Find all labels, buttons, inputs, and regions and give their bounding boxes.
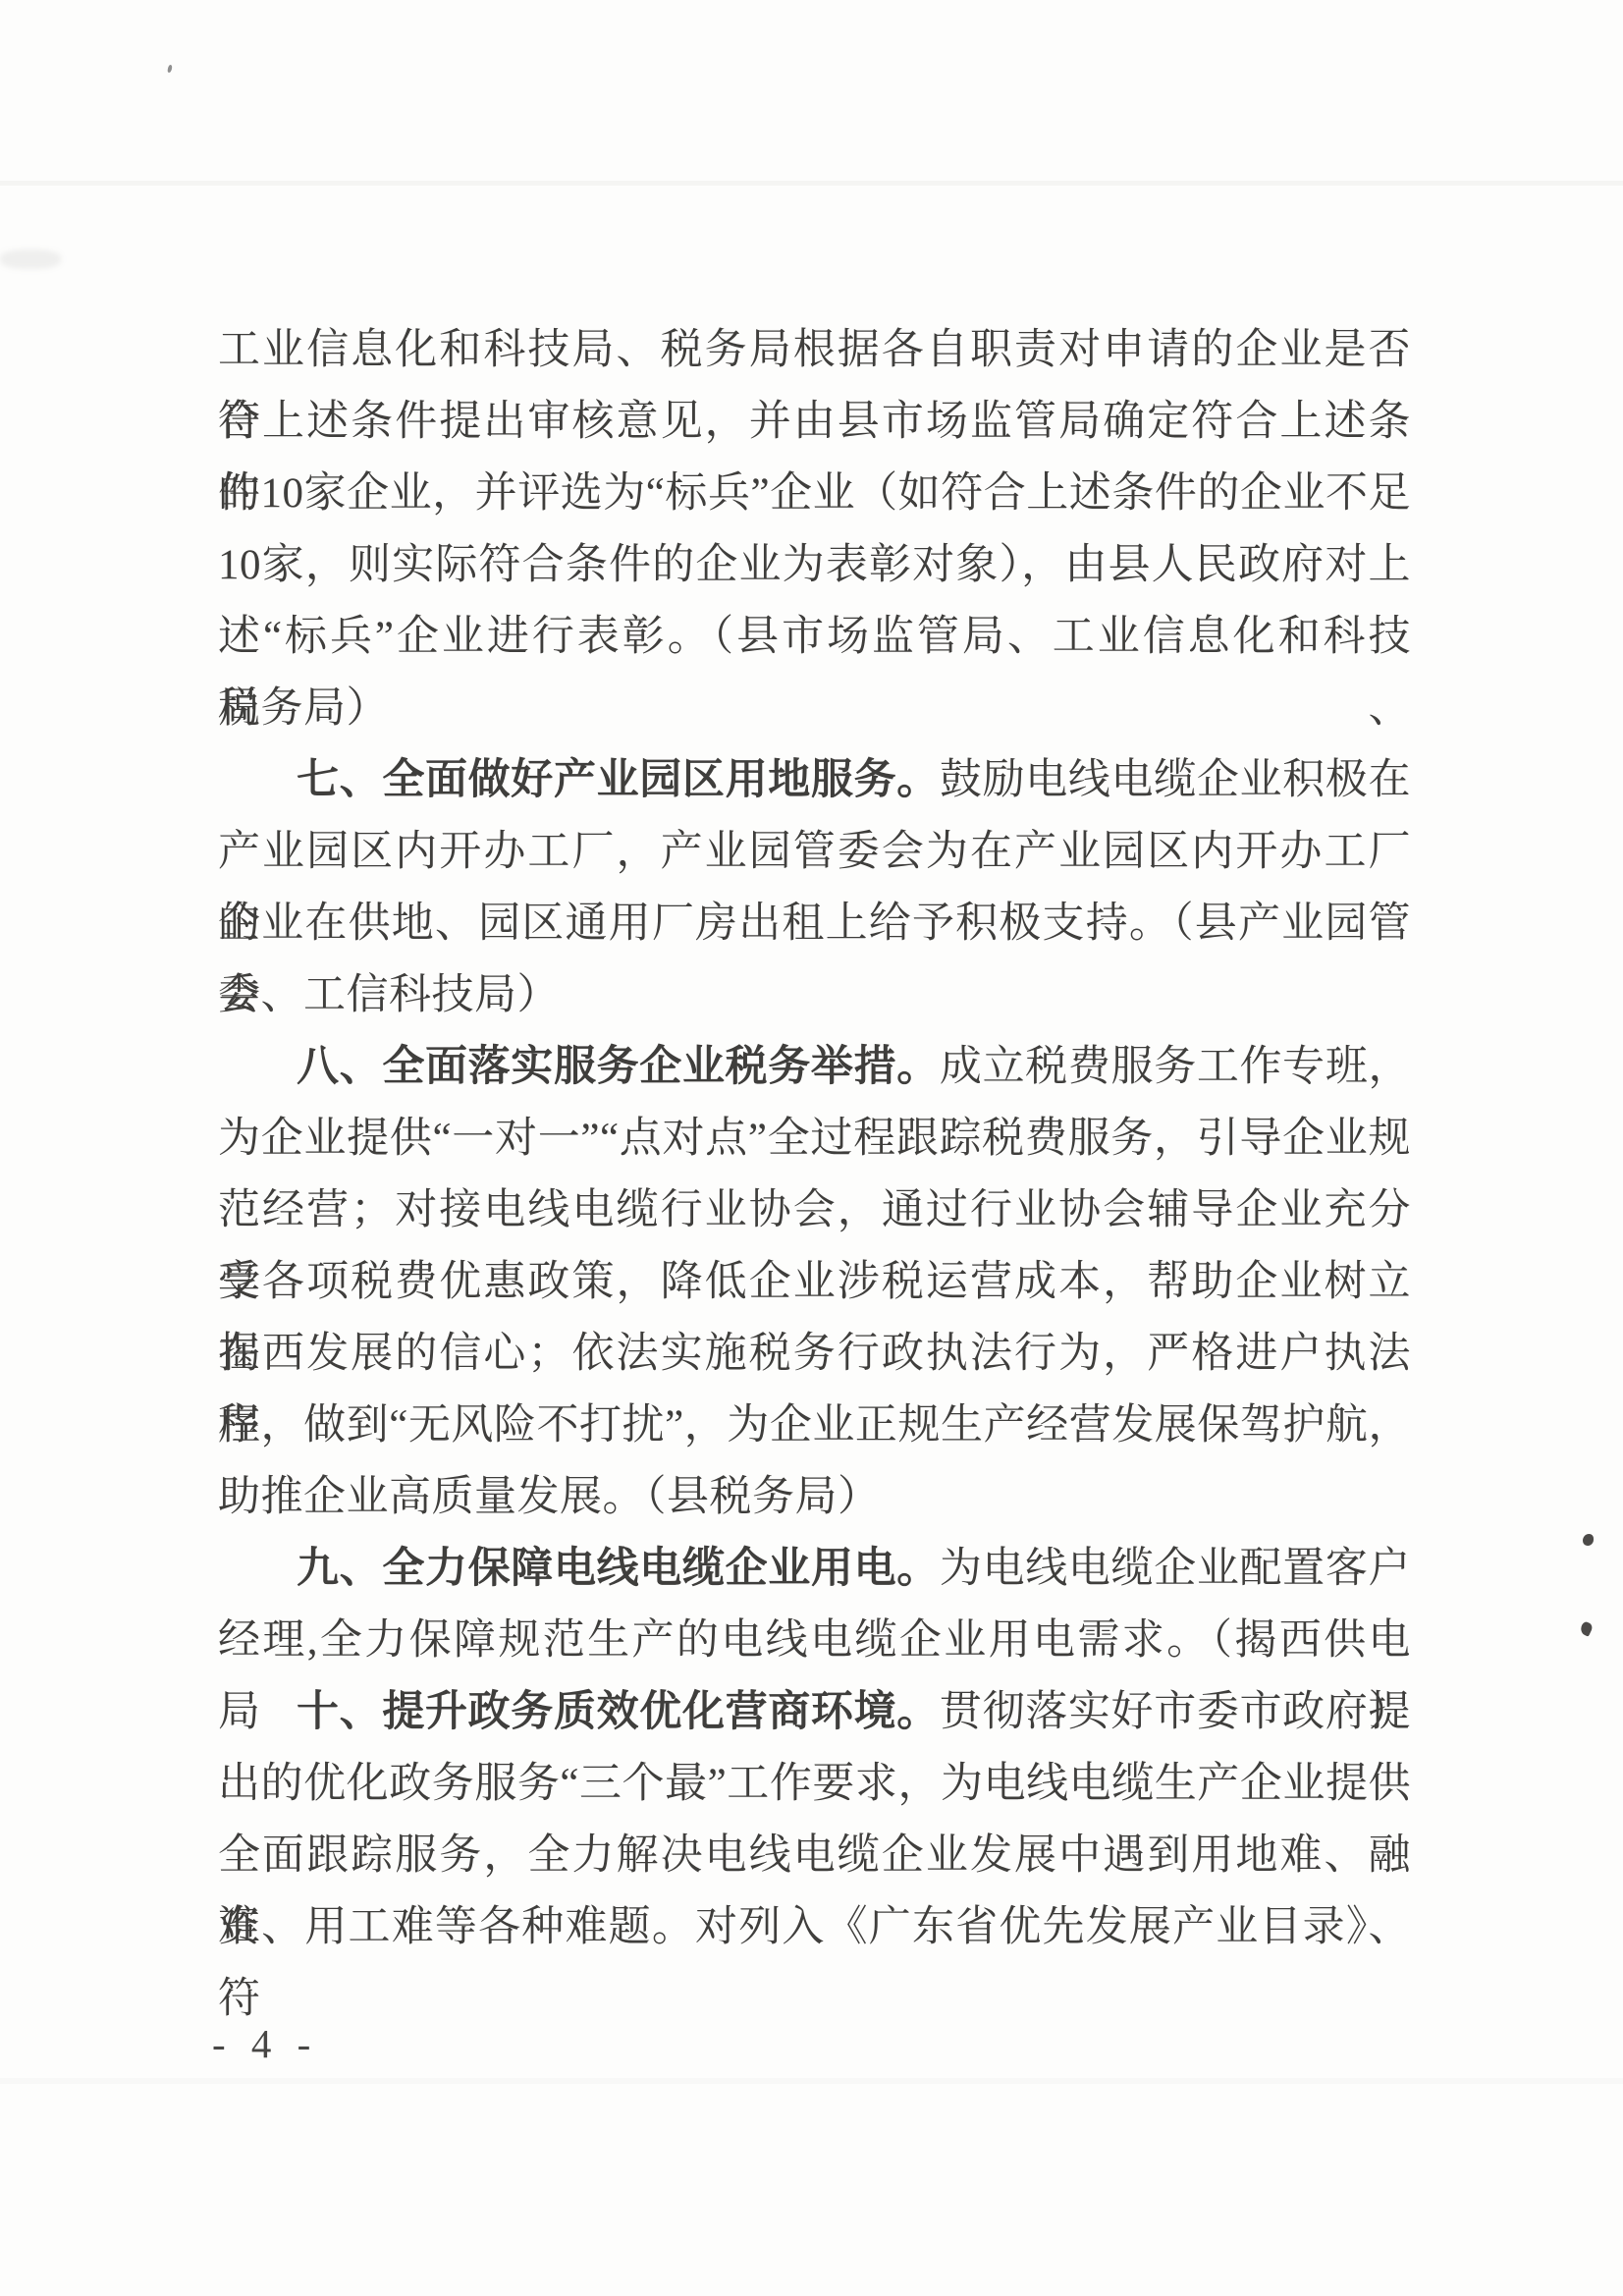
text-run: 成立税费服务工作专班， [940,1044,1411,1090]
text-run: 贯彻落实好市委市政府提 [940,1689,1411,1735]
scan-artifact-band [0,2078,1623,2084]
text-line: 九、全力保障电线电缆企业用电。为电线电缆企业配置客户 [218,1533,1411,1605]
section-heading-10: 十、提升政务质效优化营商环境。 [297,1689,940,1735]
text-run: 的10家企业，并评选为“标兵”企业（如符合上述条件的企业不足 [218,470,1411,517]
document-body: 工业信息化和科技局、税务局根据各自职责对申请的企业是否符 合上述条件提出审核意见… [218,314,1411,1963]
text-line: 十、提升政务质效优化营商环境。贯彻落实好市委市政府提 [218,1676,1411,1748]
scan-artifact-smudge [0,249,61,269]
text-run: 鼓励电线电缆企业积极在 [940,757,1411,803]
text-run: 为电线电缆企业配置客户 [940,1546,1411,1592]
section-heading-8: 八、全面落实服务企业税务举措。 [297,1044,940,1090]
scan-artifact-dot [167,65,173,74]
text-run: 为企业提供“一对一”“点对点”全过程跟踪税费服务，引导企业规 [218,1116,1411,1162]
text-line: 助推企业高质量发展。（县税务局） [218,1461,1411,1533]
text-line: 产业园区内开办工厂，产业园管委会为在产业园区内开办工厂的 [218,816,1411,888]
text-run: 出的优化政务服务“三个最”工作要求，为电线电缆生产企业提供 [218,1761,1411,1807]
text-line: 难、用工难等各种难题。对列入《广东省优先发展产业目录》、符 [218,1891,1411,1963]
text-run: 难、用工难等各种难题。对列入《广东省优先发展产业目录》、符 [218,1904,1411,2022]
text-line: 为企业提供“一对一”“点对点”全过程跟踪税费服务，引导企业规 [218,1103,1411,1175]
text-line: 受各项税费优惠政策，降低企业涉税运营成本，帮助企业树立在 [218,1246,1411,1318]
text-line: 10家，则实际符合条件的企业为表彰对象），由县人民政府对上 [218,529,1411,601]
text-line: 会、工信科技局） [218,959,1411,1031]
text-line: 全面跟踪服务，全力解决电线电缆企业发展中遇到用地难、融资 [218,1820,1411,1891]
text-run: 述“标兵”企业进行表彰。（县市场监管局、工业信息化和科技局、 [218,614,1411,732]
scan-artifact-speck [1583,1534,1594,1546]
page-number: - 4 - [212,2020,318,2067]
text-run: 会、工信科技局） [218,972,560,1018]
text-line: 序，做到“无风险不打扰”，为企业正规生产经营发展保驾护航， [218,1390,1411,1461]
text-line: 七、全面做好产业园区用地服务。鼓励电线电缆企业积极在 [218,744,1411,816]
scan-artifact-band [0,181,1623,186]
section-heading-7: 七、全面做好产业园区用地服务。 [297,757,940,803]
text-line: 合上述条件提出审核意见，并由县市场监管局确定符合上述条件 [218,386,1411,458]
text-run: 序，做到“无风险不打扰”，为企业正规生产经营发展保驾护航， [218,1402,1411,1449]
text-line: 的10家企业，并评选为“标兵”企业（如符合上述条件的企业不足 [218,458,1411,529]
text-line: 出的优化政务服务“三个最”工作要求，为电线电缆生产企业提供 [218,1748,1411,1820]
text-line: 工业信息化和科技局、税务局根据各自职责对申请的企业是否符 [218,314,1411,386]
text-line: 揭西发展的信心；依法实施税务行政执法行为，严格进户执法程 [218,1318,1411,1390]
text-line: 述“标兵”企业进行表彰。（县市场监管局、工业信息化和科技局、 [218,601,1411,673]
section-heading-9: 九、全力保障电线电缆企业用电。 [297,1546,940,1592]
text-run: 10家，则实际符合条件的企业为表彰对象），由县人民政府对上 [218,542,1411,588]
text-line: 企业在供地、园区通用厂房出租上给予积极支持。（县产业园管委 [218,888,1411,959]
scan-artifact-speck [1579,1620,1594,1636]
text-run: 税务局） [218,685,389,732]
text-line: 八、全面落实服务企业税务举措。成立税费服务工作专班， [218,1031,1411,1103]
text-line: 经理,全力保障规范生产的电线电缆企业用电需求。（揭西供电局） [218,1605,1411,1676]
text-line: 范经营；对接电线电缆行业协会，通过行业协会辅导企业充分享 [218,1175,1411,1246]
document-page: 工业信息化和科技局、税务局根据各自职责对申请的企业是否符 合上述条件提出审核意见… [0,0,1623,2296]
text-run: 助推企业高质量发展。（县税务局） [218,1474,881,1520]
